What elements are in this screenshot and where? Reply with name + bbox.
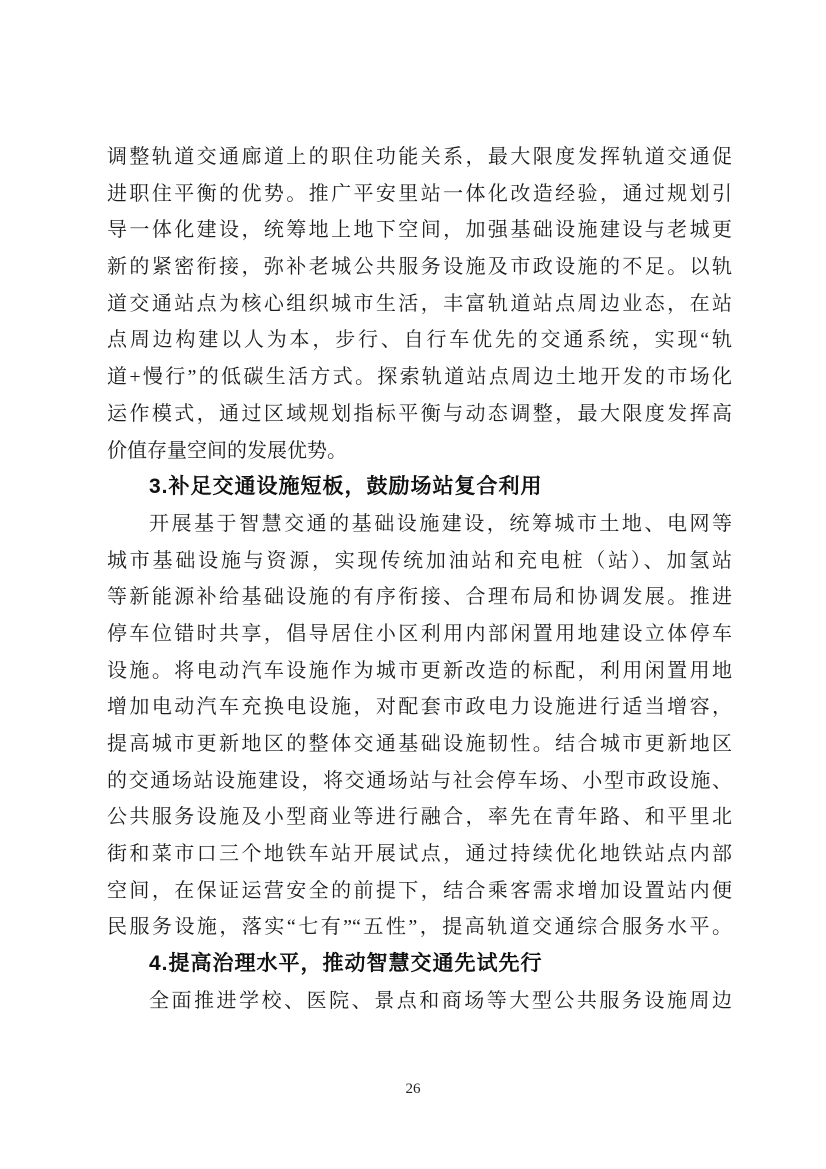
paragraph1-line: 导一体化建设，统筹地上地下空间，加强基础设施建设与老城更: [107, 212, 732, 249]
paragraph2-line: 城市基础设施与资源，实现传统加油站和充电桩（站）、加氢站: [107, 543, 732, 580]
paragraph2-line: 街和菜市口三个地铁车站开展试点，通过持续优化地铁站点内部: [107, 836, 732, 873]
paragraph1-line: 新的紧密衔接，弥补老城公共服务设施及市政设施的不足。以轨: [107, 249, 732, 286]
paragraph1-line: 道交通站点为核心组织城市生活，丰富轨道站点周边业态，在站: [107, 286, 732, 323]
paragraph2-line: 停车位错时共享，倡导居住小区利用内部闲置用地建设立体停车: [107, 616, 732, 653]
paragraph2-line: 空间，在保证运营安全的前提下，结合乘客需求增加设置站内便: [107, 873, 732, 910]
paragraph2-line: 民服务设施，落实“七有”“五性”，提高轨道交通综合服务水平。: [107, 909, 732, 946]
heading-section-3: 3.补足交通设施短板，鼓励场站复合利用: [107, 469, 732, 506]
document-body: 调整轨道交通廊道上的职住功能关系，最大限度发挥轨道交通促 进职住平衡的优势。推广…: [107, 139, 732, 1020]
paragraph3-line: 全面推进学校、医院、景点和商场等大型公共服务设施周边: [107, 983, 732, 1020]
page-footer: 26: [0, 1080, 826, 1098]
paragraph1-line: 点周边构建以人为本，步行、自行车优先的交通系统，实现“轨: [107, 322, 732, 359]
paragraph1-line: 进职住平衡的优势。推广平安里站一体化改造经验，通过规划引: [107, 176, 732, 213]
paragraph2-line: 的交通场站设施建设，将交通场站与社会停车场、小型市政设施、: [107, 763, 732, 800]
heading-section-4: 4.提高治理水平，推动智慧交通先试先行: [107, 946, 732, 983]
paragraph1-line: 调整轨道交通廊道上的职住功能关系，最大限度发挥轨道交通促: [107, 139, 732, 176]
paragraph2-line: 公共服务设施及小型商业等进行融合，率先在青年路、和平里北: [107, 799, 732, 836]
paragraph2-line: 等新能源补给基础设施的有序衔接、合理布局和协调发展。推进: [107, 579, 732, 616]
paragraph1-line: 道+慢行”的低碳生活方式。探索轨道站点周边土地开发的市场化: [107, 359, 732, 396]
paragraph2-line: 开展基于智慧交通的基础设施建设，统筹城市土地、电网等: [107, 506, 732, 543]
paragraph2-line: 设施。将电动汽车设施作为城市更新改造的标配，利用闲置用地: [107, 653, 732, 690]
document-page: 调整轨道交通廊道上的职住功能关系，最大限度发挥轨道交通促 进职住平衡的优势。推广…: [0, 0, 826, 1169]
paragraph1-line: 价值存量空间的发展优势。: [107, 433, 732, 470]
page-number: 26: [406, 1081, 421, 1097]
paragraph1-line: 运作模式，通过区域规划指标平衡与动态调整，最大限度发挥高: [107, 396, 732, 433]
paragraph2-line: 提高城市更新地区的整体交通基础设施韧性。结合城市更新地区: [107, 726, 732, 763]
paragraph2-line: 增加电动汽车充换电设施，对配套市政电力设施进行适当增容，: [107, 689, 732, 726]
